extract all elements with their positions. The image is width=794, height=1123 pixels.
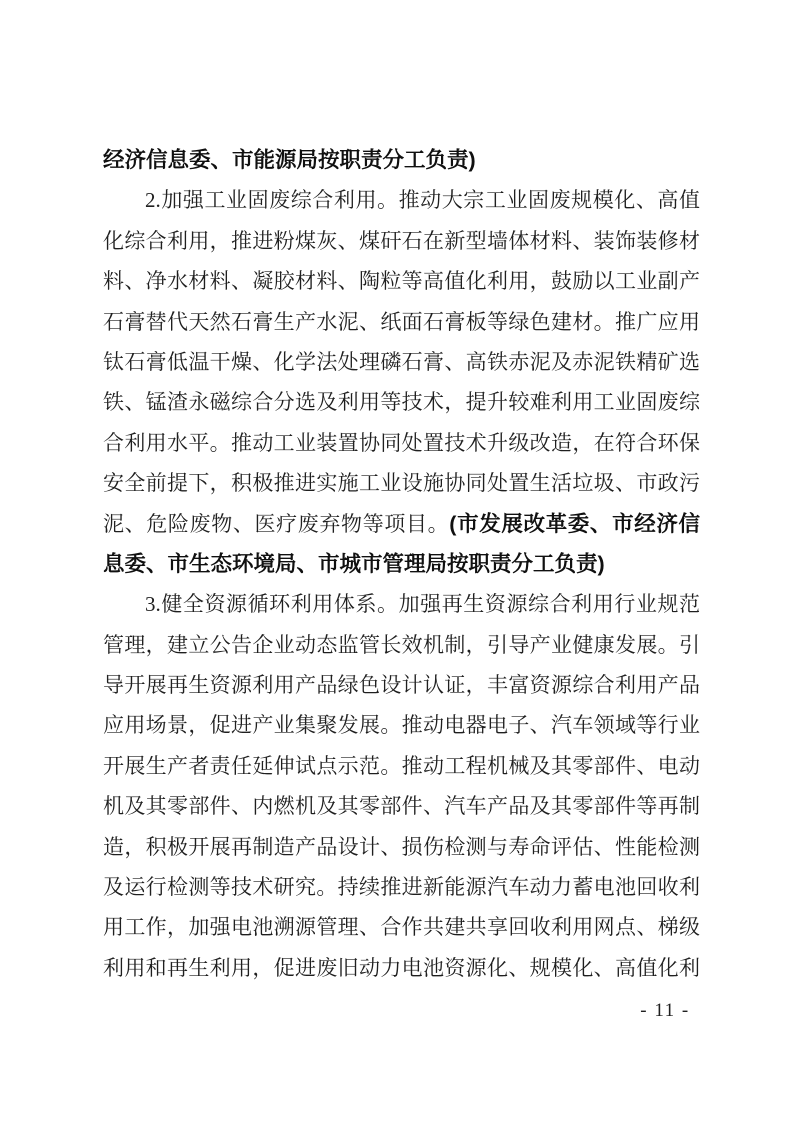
paragraph-text: 利用和再生利用，促进废旧动力电池资源化、规模化、高值化利: [103, 956, 700, 980]
text-line: 合利用水平。推动工业装置协同处置技术升级改造，在符合环保: [103, 423, 700, 463]
page-number: - 11 -: [622, 1000, 708, 1022]
text-line: 及运行检测等技术研究。持续推进新能源汽车动力蓄电池回收利: [103, 867, 700, 907]
paragraph-text: 管理，建立公告企业动态监管长效机制，引导产业健康发展。引: [103, 633, 700, 657]
responsible-departments-annotation: 息委、市生态环境局、市城市管理局按职责分工负责): [103, 552, 605, 576]
document-body: 经济信息委、市能源局按职责分工负责)2.加强工业固废综合利用。推动大宗工业固废规…: [103, 140, 700, 988]
paragraph-text: 铁、锰渣永磁综合分选及利用等技术，提升较难利用工业固废综: [103, 390, 700, 414]
text-line: 经济信息委、市能源局按职责分工负责): [103, 140, 700, 180]
text-line: 料、净水材料、凝胶材料、陶粒等高值化利用，鼓励以工业副产: [103, 261, 700, 301]
text-line: 铁、锰渣永磁综合分选及利用等技术，提升较难利用工业固废综: [103, 382, 700, 422]
text-line: 用工作，加强电池溯源管理、合作共建共享回收利用网点、梯级: [103, 907, 700, 947]
text-line: 3.健全资源循环利用体系。加强再生资源综合利用行业规范: [103, 584, 700, 624]
document-page: 经济信息委、市能源局按职责分工负责)2.加强工业固废综合利用。推动大宗工业固废规…: [0, 0, 794, 1123]
responsible-departments-annotation: (市发展改革委、市经济信: [449, 512, 700, 536]
paragraph-text: 及运行检测等技术研究。持续推进新能源汽车动力蓄电池回收利: [103, 875, 700, 899]
text-line: 应用场景，促进产业集聚发展。推动电器电子、汽车领域等行业: [103, 705, 700, 745]
paragraph-text: 开展生产者责任延伸试点示范。推动工程机械及其零部件、电动: [103, 754, 700, 778]
text-line: 化综合利用，推进粉煤灰、煤矸石在新型墙体材料、装饰装修材: [103, 221, 700, 261]
paragraph-text: 导开展再生资源利用产品绿色设计认证，丰富资源综合利用产品: [103, 673, 700, 697]
text-line: 泥、危险废物、医疗废弃物等项目。(市发展改革委、市经济信: [103, 504, 700, 544]
text-line: 造，积极开展再制造产品设计、损伤检测与寿命评估、性能检测: [103, 827, 700, 867]
paragraph-text: 化综合利用，推进粉煤灰、煤矸石在新型墙体材料、装饰装修材: [103, 229, 700, 253]
paragraph-text: 3.健全资源循环利用体系。加强再生资源综合利用行业规范: [145, 592, 700, 616]
paragraph-text: 合利用水平。推动工业装置协同处置技术升级改造，在符合环保: [103, 431, 700, 455]
text-line: 开展生产者责任延伸试点示范。推动工程机械及其零部件、电动: [103, 746, 700, 786]
paragraph-text: 2.加强工业固废综合利用。推动大宗工业固废规模化、高值: [145, 188, 700, 212]
paragraph-text: 料、净水材料、凝胶材料、陶粒等高值化利用，鼓励以工业副产: [103, 269, 700, 293]
paragraph-text: 安全前提下，积极推进实施工业设施协同处置生活垃圾、市政污: [103, 471, 700, 495]
text-line: 安全前提下，积极推进实施工业设施协同处置生活垃圾、市政污: [103, 463, 700, 503]
paragraph-text: 造，积极开展再制造产品设计、损伤检测与寿命评估、性能检测: [103, 835, 700, 859]
paragraph-text: 石膏替代天然石膏生产水泥、纸面石膏板等绿色建材。推广应用: [103, 310, 700, 334]
text-line: 息委、市生态环境局、市城市管理局按职责分工负责): [103, 544, 700, 584]
paragraph-text: 应用场景，促进产业集聚发展。推动电器电子、汽车领域等行业: [103, 713, 700, 737]
text-line: 导开展再生资源利用产品绿色设计认证，丰富资源综合利用产品: [103, 665, 700, 705]
paragraph-text: 泥、危险废物、医疗废弃物等项目。: [103, 512, 449, 536]
text-line: 钛石膏低温干燥、化学法处理磷石膏、高铁赤泥及赤泥铁精矿选: [103, 342, 700, 382]
text-line: 管理，建立公告企业动态监管长效机制，引导产业健康发展。引: [103, 625, 700, 665]
text-line: 机及其零部件、内燃机及其零部件、汽车产品及其零部件等再制: [103, 786, 700, 826]
responsible-departments-annotation: 经济信息委、市能源局按职责分工负责): [103, 148, 476, 172]
paragraph-text: 机及其零部件、内燃机及其零部件、汽车产品及其零部件等再制: [103, 794, 700, 818]
paragraph-text: 用工作，加强电池溯源管理、合作共建共享回收利用网点、梯级: [103, 915, 700, 939]
text-line: 2.加强工业固废综合利用。推动大宗工业固废规模化、高值: [103, 180, 700, 220]
paragraph-text: 钛石膏低温干燥、化学法处理磷石膏、高铁赤泥及赤泥铁精矿选: [103, 350, 700, 374]
text-line: 石膏替代天然石膏生产水泥、纸面石膏板等绿色建材。推广应用: [103, 302, 700, 342]
text-line: 利用和再生利用，促进废旧动力电池资源化、规模化、高值化利: [103, 948, 700, 988]
